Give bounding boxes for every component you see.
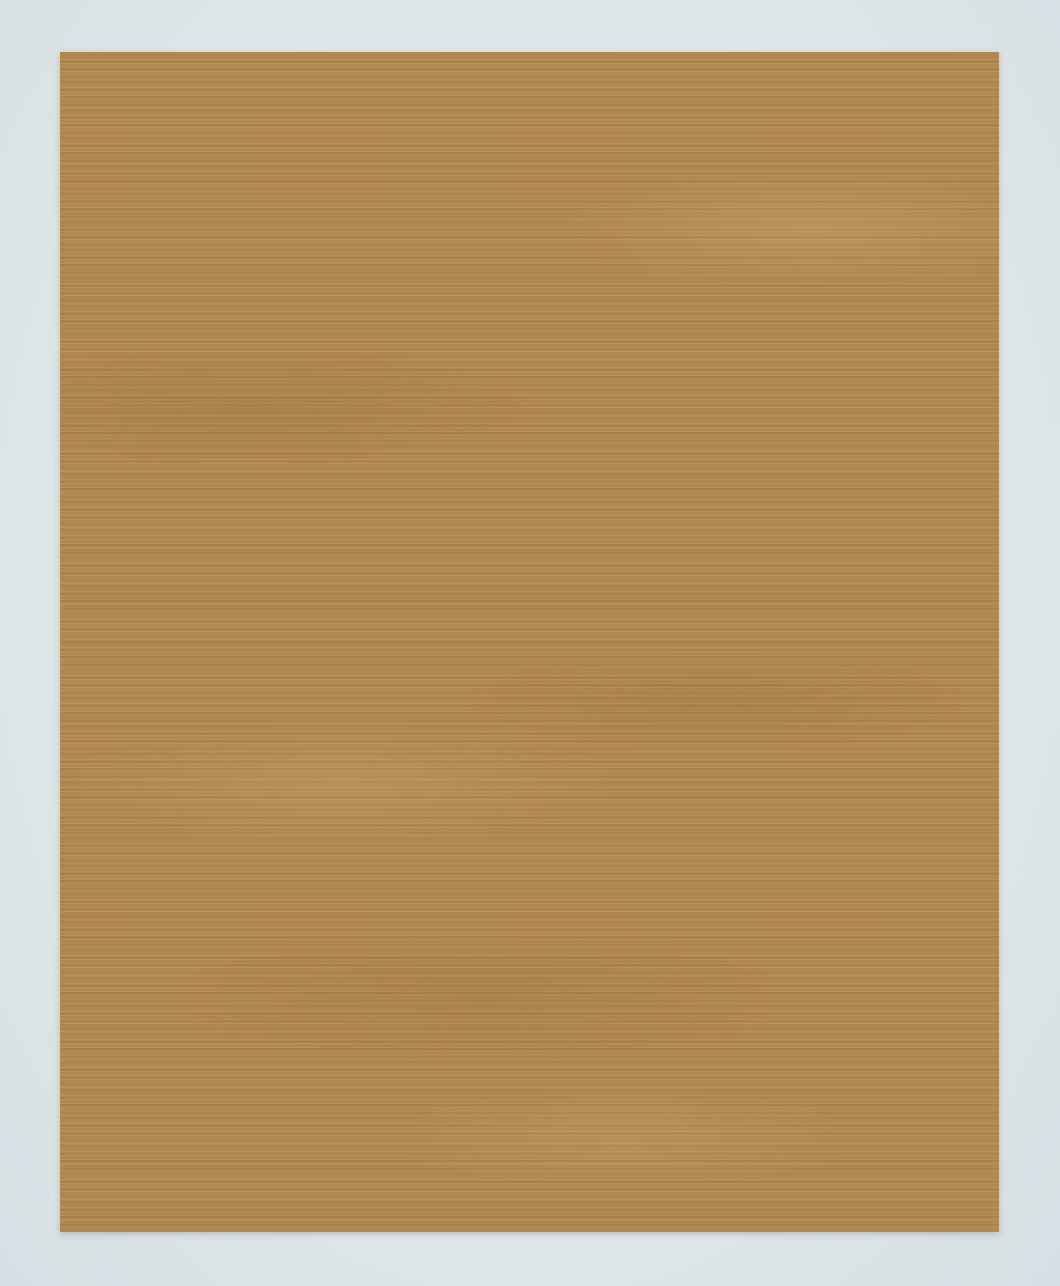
rug [60, 52, 999, 1232]
rug-abrash-mottling [60, 52, 999, 1232]
